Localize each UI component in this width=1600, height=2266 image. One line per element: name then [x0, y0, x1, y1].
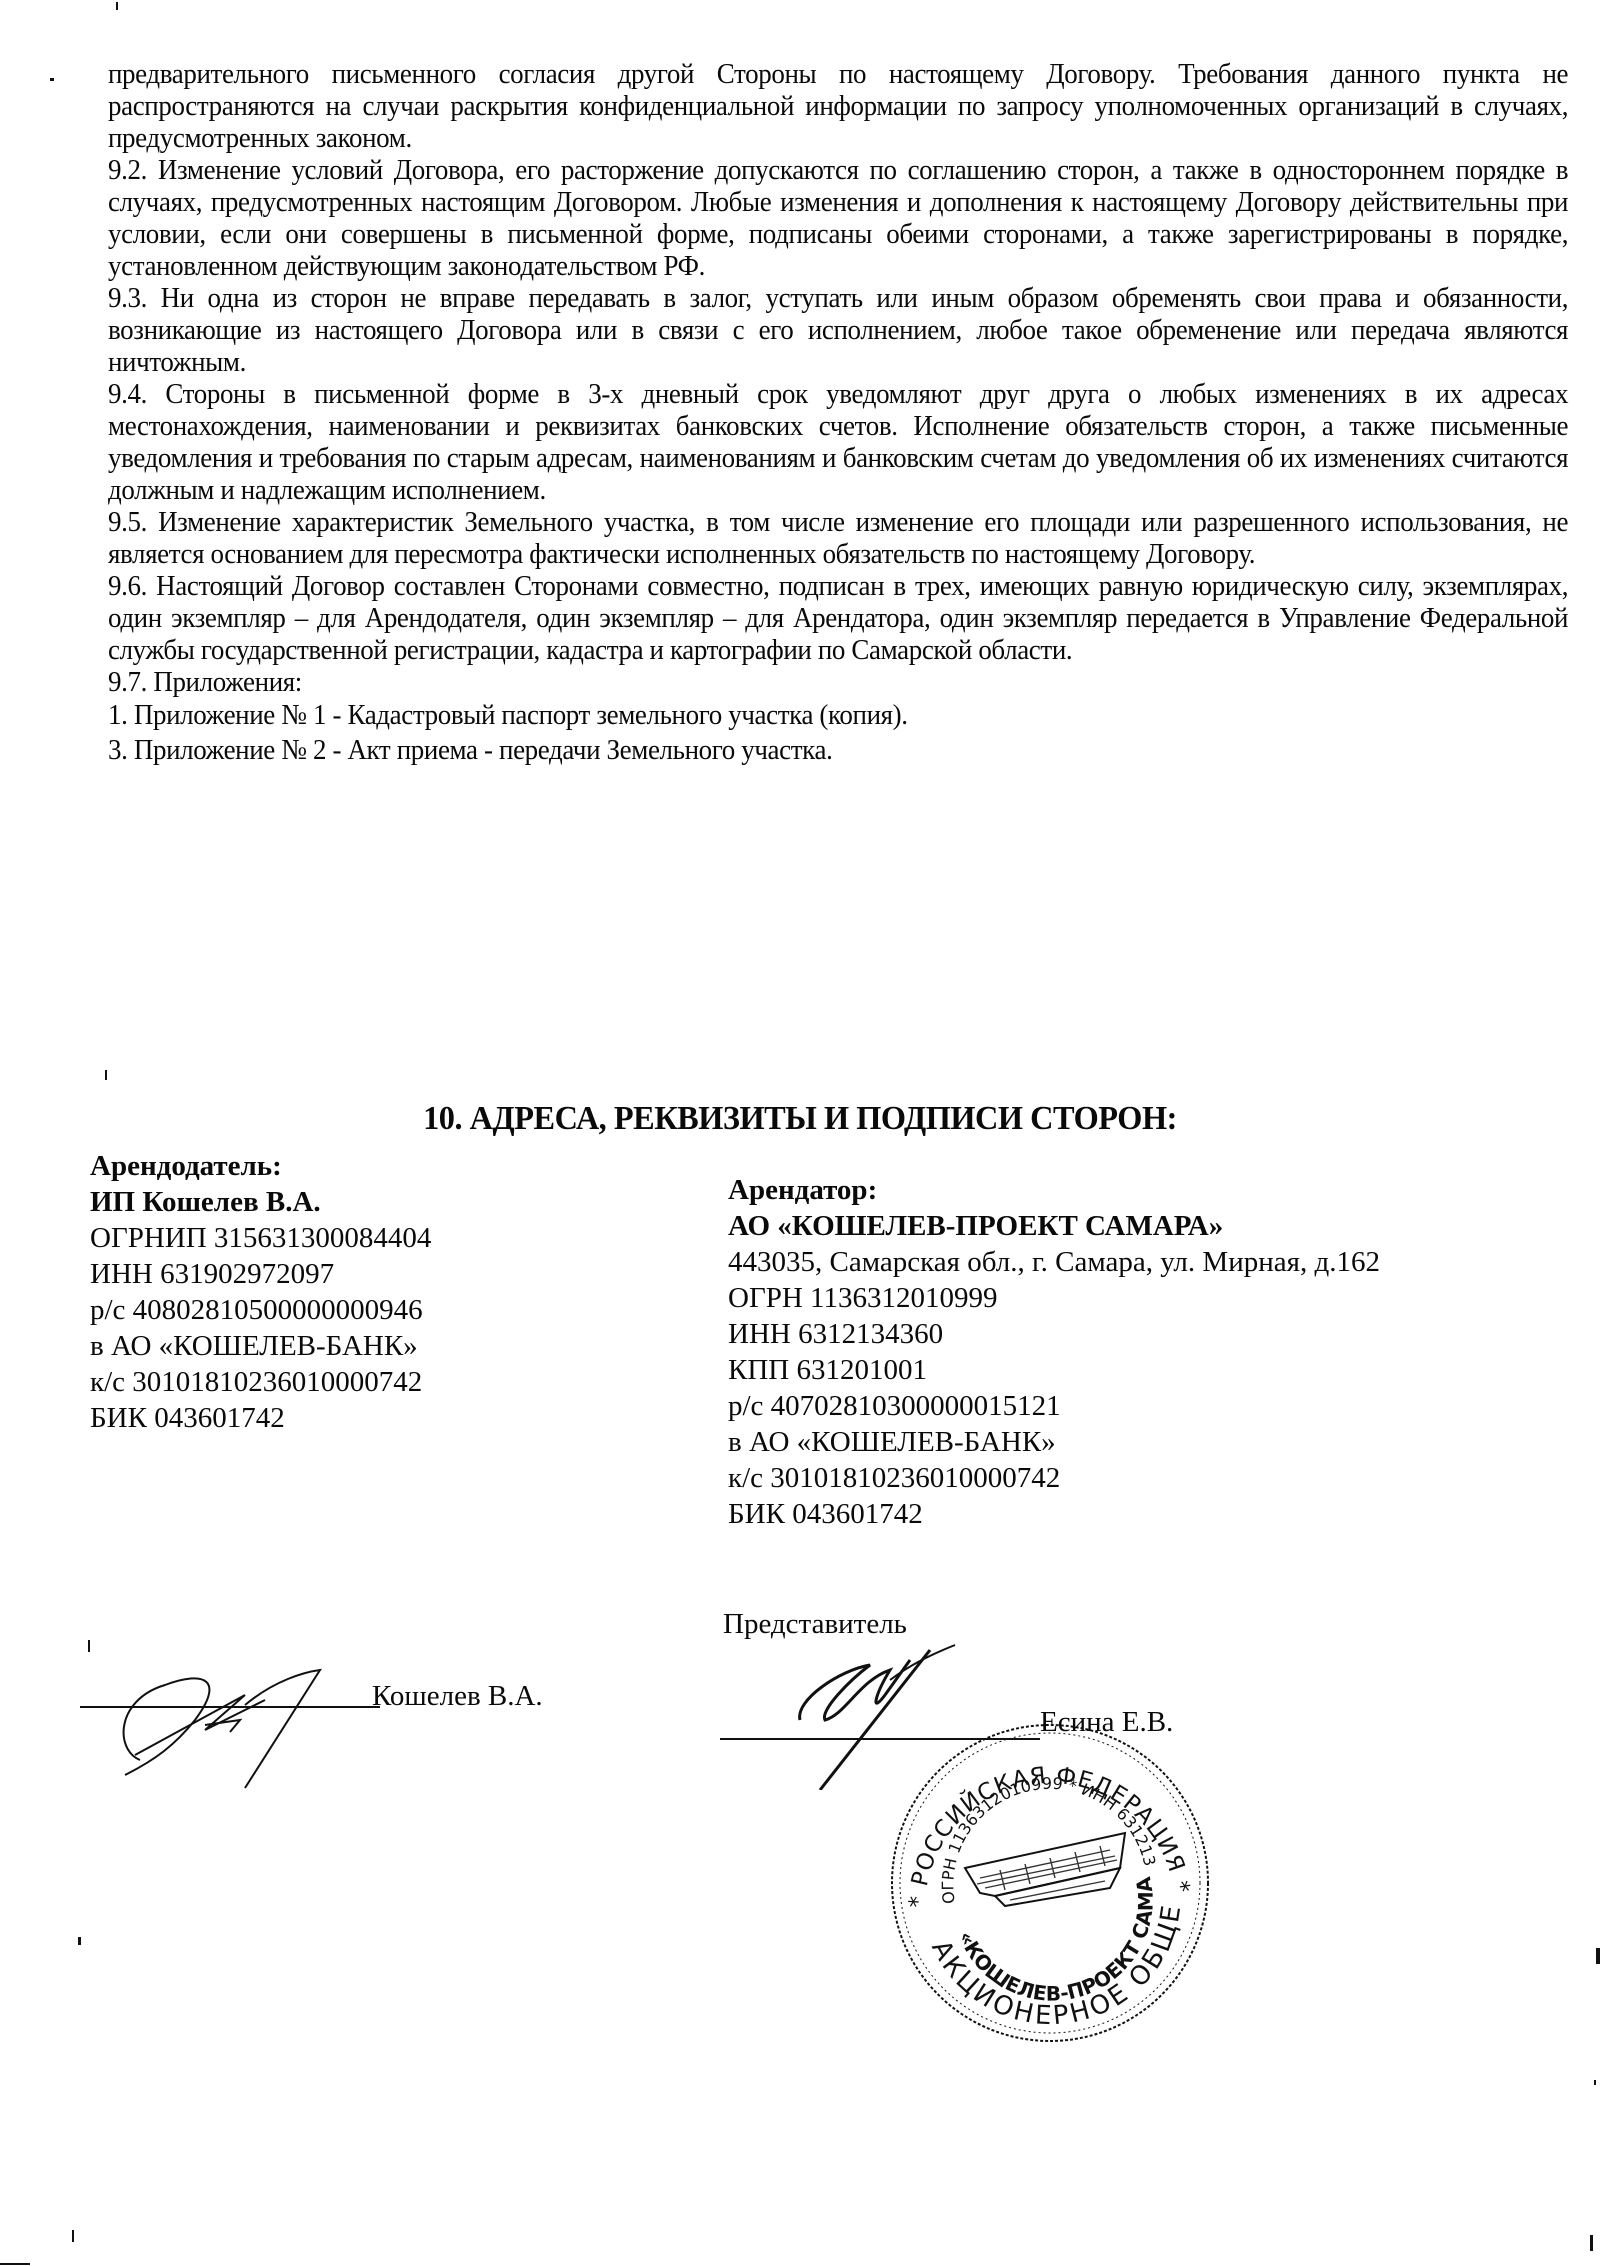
lessor-name: ИП Кошелев В.А. — [90, 1184, 431, 1220]
scan-speck — [105, 1070, 107, 1080]
lessee-bank: в АО «КОШЕЛЕВ-БАНК» — [728, 1424, 1380, 1460]
lessor-role: Арендодатель: — [90, 1148, 431, 1184]
lessee-inn: ИНН 6312134360 — [728, 1316, 1380, 1352]
paragraph-9-6: 9.6. Настоящий Договор составлен Сторона… — [108, 570, 1568, 666]
appendix-item: 1. Приложение № 1 - Кадастровый паспорт … — [108, 698, 1466, 733]
scan-speck — [50, 78, 54, 81]
lessor-account: р/с 40802810500000000946 — [90, 1292, 431, 1328]
representative-label: Представитель — [723, 1608, 907, 1641]
scan-speck — [88, 1640, 90, 1652]
lessee-bik: БИК 043601742 — [728, 1496, 1380, 1532]
paragraph-9-5: 9.5. Изменение характеристик Земельного … — [108, 506, 1568, 570]
scan-speck — [1596, 1948, 1600, 1964]
lessee-address: 443035, Самарская обл., г. Самара, ул. М… — [728, 1244, 1380, 1280]
lessor-ogrnip: ОГРНИП 315631300084404 — [90, 1220, 431, 1256]
lessor-inn: ИНН 631902972097 — [90, 1256, 431, 1292]
scan-speck — [0, 2263, 30, 2265]
paragraph-9-7: 9.7. Приложения: — [108, 666, 1466, 698]
lessee-role: Арендатор: — [728, 1172, 1380, 1208]
paragraph-9-2: 9.2. Изменение условий Договора, его рас… — [108, 154, 1568, 282]
appendix-item: 3. Приложение № 2 - Акт приема - передач… — [108, 733, 1466, 768]
paragraph-9-4: 9.4. Стороны в письменной форме в 3-х дн… — [108, 378, 1568, 506]
stamp-logo-icon — [965, 1833, 1125, 1906]
scan-speck — [1590, 2235, 1593, 2251]
document-page: предварительного письменного согласия др… — [0, 0, 1600, 2266]
company-seal-icon: * РОССИЙСКАЯ ФЕДЕРАЦИЯ * г. САМАРА * ОГР… — [885, 1718, 1215, 2048]
lessor-details: Арендодатель: ИП Кошелев В.А. ОГРНИП 315… — [90, 1148, 431, 1436]
lessee-kpp: КПП 631201001 — [728, 1352, 1380, 1388]
scan-speck — [116, 2, 118, 10]
contract-body: предварительного письменного согласия др… — [108, 58, 1466, 768]
lessor-signature-name: Кошелев В.А. — [372, 1680, 543, 1713]
lessee-ogrn: ОГРН 1136312010999 — [728, 1280, 1380, 1316]
lessee-name: АО «КОШЕЛЕВ-ПРОЕКТ САМАРА» — [728, 1208, 1380, 1244]
lessee-account: р/с 40702810300000015121 — [728, 1388, 1380, 1424]
lessor-handwritten-signature-icon — [95, 1660, 325, 1790]
scan-speck — [78, 1937, 81, 1945]
paragraph-9-1-continuation: предварительного письменного согласия др… — [108, 58, 1568, 154]
appendix-list: 1. Приложение № 1 - Кадастровый паспорт … — [108, 698, 1466, 768]
lessor-bank: в АО «КОШЕЛЕВ-БАНК» — [90, 1328, 431, 1364]
paragraph-9-3: 9.3. Ни одна из сторон не вправе передав… — [108, 282, 1568, 378]
lessor-bik: БИК 043601742 — [90, 1400, 431, 1436]
lessee-details: Арендатор: АО «КОШЕЛЕВ-ПРОЕКТ САМАРА» 44… — [728, 1172, 1380, 1532]
scan-speck — [1594, 2080, 1596, 2085]
scan-speck — [72, 2230, 74, 2242]
section-heading: 10. АДРЕСА, РЕКВИЗИТЫ И ПОДПИСИ СТОРОН: — [40, 1100, 1560, 1138]
lessee-corr-account: к/с 30101810236010000742 — [728, 1460, 1380, 1496]
lessor-corr-account: к/с 30101810236010000742 — [90, 1364, 431, 1400]
